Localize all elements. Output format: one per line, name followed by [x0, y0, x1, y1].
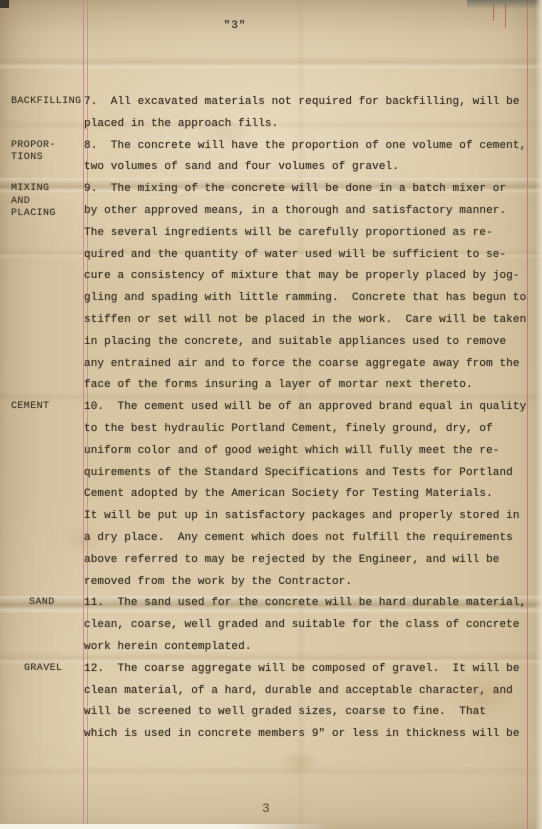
paragraph-line: by other approved means, in a thorough a… — [84, 201, 542, 223]
margin-tick-mark — [505, 3, 506, 28]
paragraph-line: Cement adopted by the American Society f… — [84, 484, 542, 506]
document-section: PROPOR-TIONS8. The concrete will have th… — [0, 136, 542, 180]
paragraph: 12. The coarse aggregate will be compose… — [84, 659, 542, 746]
paragraph-line: clean material, of a hard, durable and a… — [84, 681, 542, 703]
document-section: MIXINGANDPLACING9. The mixing of the con… — [0, 179, 542, 397]
paragraph-line: 10. The cement used will be of an approv… — [84, 397, 542, 419]
paragraph: 11. The sand used for the concrete will … — [84, 593, 542, 658]
paragraph-line: 12. The coarse aggregate will be compose… — [84, 659, 542, 681]
document-section: BACKFILLING7. All excavated materials no… — [0, 92, 542, 136]
margin-label-line: BACKFILLING — [11, 96, 84, 109]
paragraph-line: uniform color and of good weight which w… — [84, 441, 542, 463]
paragraph-line: stiffen or set will not be placed in the… — [84, 310, 542, 332]
paper-crease — [0, 56, 542, 70]
document-section: SAND11. The sand used for the concrete w… — [0, 593, 542, 658]
margin-label-line: TIONS — [11, 152, 84, 165]
paragraph-line: a dry place. Any cement which does not f… — [84, 528, 542, 550]
document-section: CEMENT10. The cement used will be of an … — [0, 397, 542, 593]
document-body: BACKFILLING7. All excavated materials no… — [0, 92, 542, 746]
margin-label: CEMENT — [0, 397, 84, 414]
margin-label-line: MIXING — [11, 183, 84, 196]
margin-label-line: AND — [11, 196, 84, 209]
scan-edge-highlight — [0, 824, 330, 829]
paragraph-line: face of the forms insuring a layer of mo… — [84, 375, 542, 397]
margin-label-line: GRAVEL — [24, 663, 84, 676]
paragraph-line: to the best hydraulic Portland Cement, f… — [84, 419, 542, 441]
paragraph-line: above referred to may be rejected by the… — [84, 550, 542, 572]
paragraph-line: quirements of the Standard Specification… — [84, 463, 542, 485]
scan-edge-shadow — [467, 0, 542, 9]
paragraph-line: 11. The sand used for the concrete will … — [84, 593, 542, 615]
margin-label: GRAVEL — [0, 659, 84, 676]
paragraph-line: placed in the approach fills. — [84, 114, 542, 136]
margin-label-line: PLACING — [11, 208, 84, 221]
paper-stain — [280, 748, 320, 778]
margin-tick-mark — [493, 3, 494, 21]
paragraph: 7. All excavated materials not required … — [84, 92, 542, 136]
paragraph-line: any entrained air and to force the coars… — [84, 354, 542, 376]
paragraph-line: clean, coarse, well graded and suitable … — [84, 615, 542, 637]
paragraph-line: The several ingredients will be carefull… — [84, 223, 542, 245]
page-header-number: "3" — [0, 20, 470, 32]
paragraph-line: It will be put up in satisfactory packag… — [84, 506, 542, 528]
paragraph-line: removed from the work by the Contractor. — [84, 572, 542, 594]
paragraph-line: 9. The mixing of the concrete will be do… — [84, 179, 542, 201]
paragraph-line: in placing the concrete, and suitable ap… — [84, 332, 542, 354]
paragraph-line: quired and the quantity of water used wi… — [84, 245, 542, 267]
paragraph: 10. The cement used will be of an approv… — [84, 397, 542, 593]
paragraph-line: 8. The concrete will have the proportion… — [84, 136, 542, 158]
page-footer-number: 3 — [262, 801, 270, 816]
scan-corner-shadow — [0, 0, 9, 8]
margin-label: BACKFILLING — [0, 92, 84, 109]
paragraph: 9. The mixing of the concrete will be do… — [84, 179, 542, 397]
margin-label-line: SAND — [29, 597, 84, 610]
paragraph-line: two volumes of sand and four volumes of … — [84, 157, 542, 179]
paper-crease — [0, 766, 542, 776]
paragraph-line: work herein contemplated. — [84, 637, 542, 659]
margin-label: PROPOR-TIONS — [0, 136, 84, 165]
paragraph: 8. The concrete will have the proportion… — [84, 136, 542, 180]
paragraph-line: 7. All excavated materials not required … — [84, 92, 542, 114]
paragraph-line: will be screened to well graded sizes, c… — [84, 702, 542, 724]
margin-label-line: CEMENT — [11, 401, 84, 414]
paragraph-line: gling and spading with little ramming. C… — [84, 288, 542, 310]
paragraph-line: which is used in concrete members 9" or … — [84, 724, 542, 746]
margin-label: SAND — [0, 593, 84, 610]
paragraph-line: cure a consistency of mixture that may b… — [84, 266, 542, 288]
margin-label: MIXINGANDPLACING — [0, 179, 84, 221]
document-section: GRAVEL12. The coarse aggregate will be c… — [0, 659, 542, 746]
scanned-document-page: "3" BACKFILLING7. All excavated material… — [0, 0, 542, 829]
margin-label-line: PROPOR- — [11, 140, 84, 153]
